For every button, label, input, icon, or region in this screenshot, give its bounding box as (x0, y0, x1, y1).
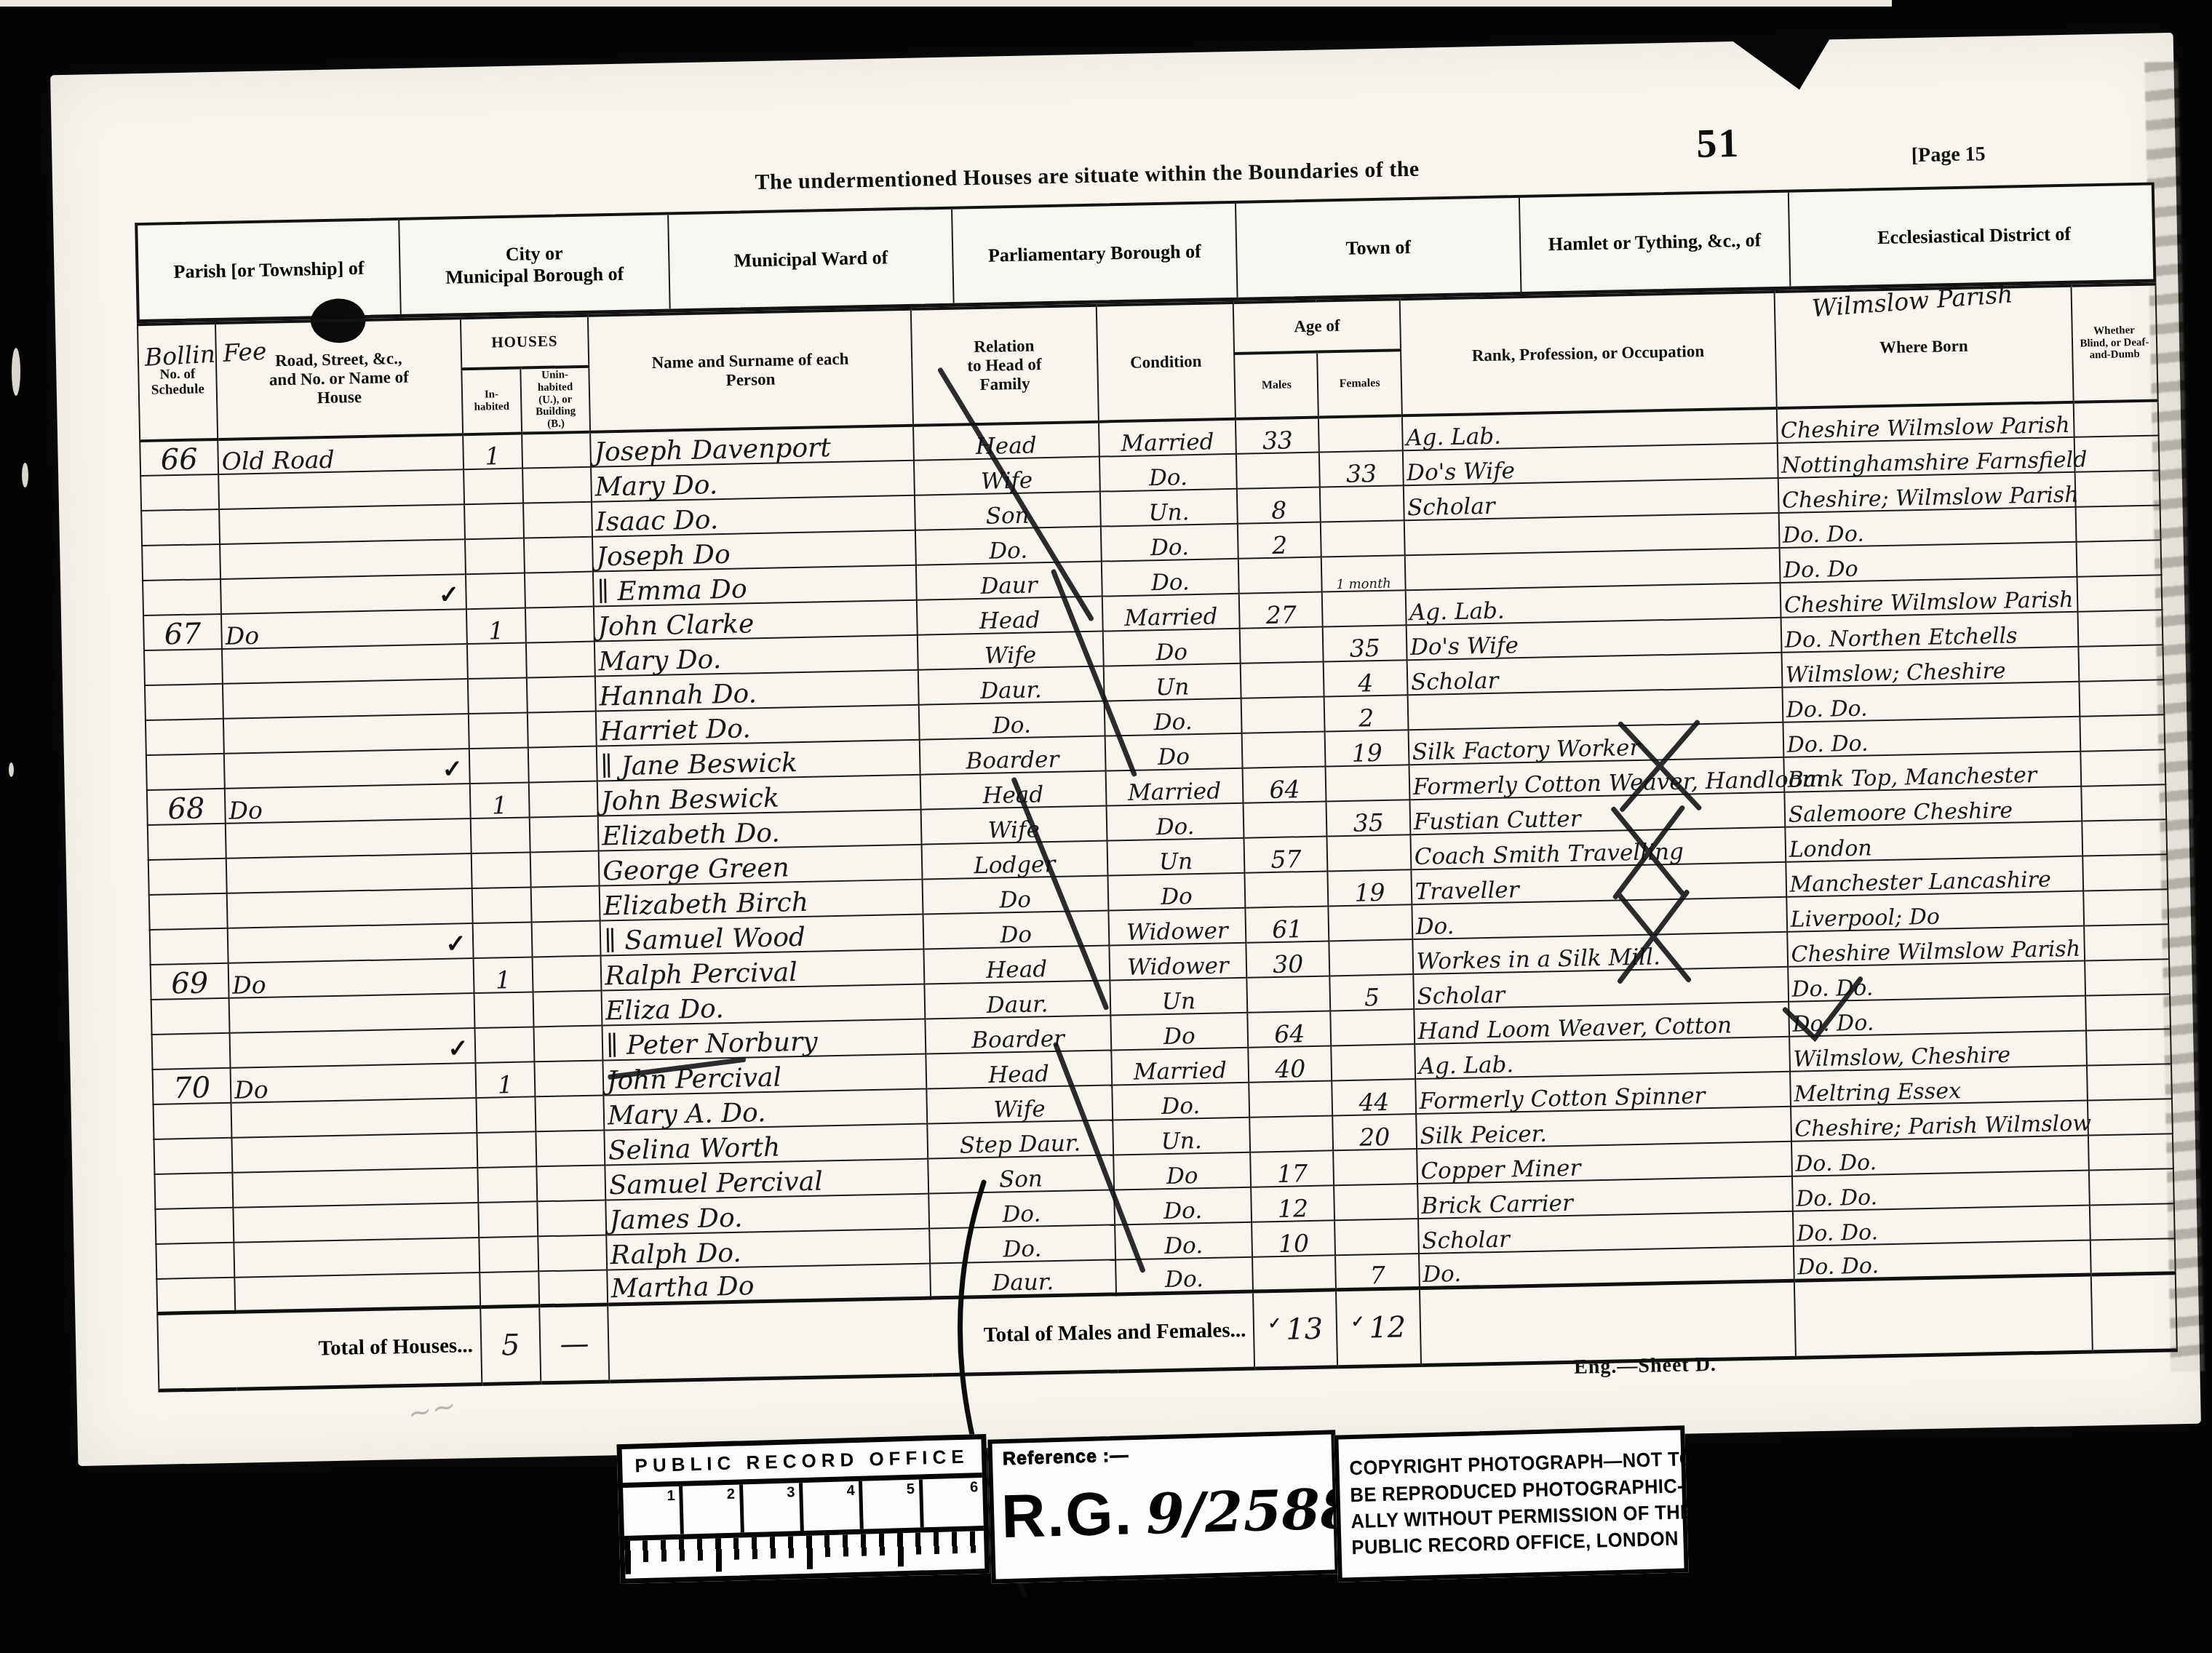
cell-where-born: Salemoore Cheshire (1784, 786, 2082, 827)
reference-prefix: R.G. (1000, 1478, 1134, 1550)
cell-condition: Widower (1108, 908, 1246, 946)
district-ecclesiastical: Ecclesiastical District of Wilmslow Pari… (1789, 185, 2159, 286)
header-relation: Relation to Head of Family (910, 306, 1098, 426)
cell-uninhabited (533, 991, 602, 1027)
cell-inhabited: 1 (469, 782, 530, 818)
cell-blind (2075, 505, 2160, 541)
cell-where-born: Do. Do. (1792, 1171, 2090, 1211)
cell-age-female (1326, 765, 1409, 801)
cell-schedule (143, 579, 221, 616)
cell-uninhabited (522, 432, 591, 469)
cell-condition: Un (1103, 664, 1241, 701)
cell-condition: Do. (1099, 454, 1238, 492)
cell-street (223, 714, 469, 754)
cell-uninhabited (535, 1060, 604, 1096)
cell-relation: Wife (920, 806, 1107, 845)
header-inhabited: In- habited (461, 368, 522, 435)
film-speck (12, 348, 20, 396)
tick-mark: ✓ (447, 1036, 469, 1061)
cell-blind (2082, 854, 2168, 891)
cell-blind (2076, 540, 2161, 576)
cell-schedule (141, 509, 220, 546)
cell-condition: Un. (1099, 489, 1238, 527)
cell-age-male (1242, 731, 1326, 768)
cell-age-male: 64 (1248, 1011, 1332, 1047)
cell-street: ✓ (220, 574, 466, 614)
folio-number: 51 (1696, 120, 1740, 167)
cell-street: ✓ (230, 1028, 475, 1068)
cell-where-born: Bank Top, Manchester (1783, 752, 2081, 792)
cell-age-male: 64 (1243, 766, 1326, 802)
cell-age-male (1249, 1115, 1333, 1152)
header-road: Road, Street, &c., and No. or Name of Ho… (215, 318, 463, 439)
cell-blind (2073, 400, 2158, 437)
cell-uninhabited (529, 781, 598, 818)
cell-relation: Wife (926, 1085, 1113, 1123)
cell-condition: Married (1099, 419, 1237, 457)
cell-age-male (1240, 627, 1324, 664)
cell-relation: Do. (928, 1190, 1115, 1228)
cell-blind (2088, 1099, 2173, 1135)
cell-blind (2084, 924, 2169, 960)
cell-age-female: 44 (1332, 1079, 1416, 1115)
cell-where-born: Do. Do. (1783, 717, 2080, 757)
cell-schedule (146, 719, 224, 755)
cell-schedule (154, 1138, 232, 1174)
cell-age-male (1241, 696, 1325, 733)
cell-blind (2085, 959, 2170, 995)
reference-number: 9/2588 (1145, 1476, 1360, 1547)
cell-condition: Do (1110, 1013, 1249, 1051)
reference-value: R.G. 9/2588 (1000, 1472, 1359, 1553)
cell-inhabited: 1 (463, 434, 523, 470)
cell-age-male (1247, 976, 1331, 1012)
cell-street (234, 1272, 480, 1313)
cell-where-born: Cheshire Wilmslow Parish (1777, 402, 2074, 443)
cell-schedule: 70 (153, 1068, 231, 1104)
cell-condition: Do (1113, 1152, 1252, 1190)
district-city: City or Municipal Borough of (399, 215, 671, 314)
cell-age-male: 30 (1246, 941, 1330, 977)
cell-street (232, 1133, 477, 1173)
cell-condition: Widower (1109, 943, 1247, 981)
cell-relation: Son (915, 492, 1101, 530)
cell-blind (2086, 1029, 2171, 1065)
district-town-label: Town of (1340, 236, 1417, 259)
district-ecclesiastical-label: Ecclesiastical District of (1871, 223, 2077, 249)
header-houses: HOUSES (461, 316, 589, 370)
cell-where-born: Do. Do. (1788, 961, 2085, 1002)
cell-condition: Un (1110, 978, 1248, 1016)
cell-schedule (144, 649, 223, 685)
cell-where-born: Do. Do. (1789, 996, 2086, 1037)
cell-street: ✓ (224, 749, 469, 789)
cell-condition: Married (1105, 768, 1244, 806)
cell-blind (2089, 1203, 2174, 1240)
cell-age-female (1331, 1009, 1415, 1045)
cell-age-female (1318, 415, 1402, 452)
total-uninhabited-value: — (539, 1305, 609, 1383)
cell-street: Do (225, 784, 470, 824)
cell-condition: Un (1107, 838, 1245, 876)
cell-street (227, 888, 472, 928)
cell-street (226, 818, 471, 859)
cell-uninhabited (531, 886, 600, 923)
cell-age-female (1329, 904, 1412, 941)
cell-inhabited (477, 1131, 537, 1168)
cell-age-female (1334, 1149, 1417, 1185)
census-scan-page: { "colors": { "film": "#030303", "paper"… (0, 0, 2212, 1653)
cell-where-born: Do. Do. (1778, 507, 2076, 548)
cell-blind (2087, 1064, 2172, 1100)
cell-age-male: 12 (1251, 1185, 1334, 1222)
cell-age-female: 33 (1319, 450, 1403, 487)
cell-blind (2088, 1134, 2173, 1170)
cell-age-male: 17 (1250, 1150, 1334, 1187)
cell-age-male (1244, 801, 1327, 837)
header-females: Females (1318, 350, 1402, 417)
cell-uninhabited (525, 607, 594, 643)
film-speck (22, 463, 28, 487)
ruler-number: 6 (923, 1478, 984, 1527)
cell-street (231, 1098, 477, 1138)
cell-uninhabited (528, 712, 597, 748)
cell-schedule (154, 1173, 233, 1209)
cell-schedule (150, 928, 228, 965)
district-parish: Parish [or Township] of Bollin Fee (138, 220, 402, 319)
tick-mark: ✓ (1351, 1313, 1365, 1331)
cell-street (222, 644, 467, 684)
cell-uninhabited (538, 1200, 607, 1236)
cell-inhabited (479, 1236, 539, 1272)
cell-inhabited (466, 573, 526, 610)
cell-where-born: Cheshire Wilmslow Parish (1780, 577, 2077, 618)
cell-schedule (142, 544, 220, 581)
pro-reference-stamp: Reference :— R.G. 9/2588 (987, 1430, 1339, 1583)
cell-relation: Lodger (921, 841, 1107, 880)
cell-relation: Do. (918, 701, 1105, 740)
cell-condition: Do. (1104, 698, 1242, 736)
cell-blind (2078, 645, 2163, 681)
cell-schedule: 66 (140, 439, 218, 476)
ruler-number: 5 (862, 1479, 923, 1529)
cell-uninhabited (525, 572, 594, 608)
cell-age-male (1245, 871, 1329, 907)
cell-inhabited: 1 (475, 1061, 536, 1098)
cell-blind (2083, 889, 2168, 925)
cell-where-born: Manchester Lancashire (1786, 856, 2083, 897)
cell-inhabited: 1 (466, 608, 527, 645)
cell-where-born: Nottinghamshire Farnsfield (1777, 437, 2074, 478)
cell-blind (2082, 819, 2167, 856)
cell-schedule (148, 859, 227, 895)
cell-inhabited (480, 1271, 540, 1307)
census-table-body: 66Old Road1Joseph DavenportHeadMarried33… (140, 400, 2176, 1313)
cell-condition: Do. (1112, 1083, 1250, 1120)
cell-where-born: London (1785, 821, 2082, 862)
cell-condition: Un. (1113, 1118, 1251, 1155)
header-blind: Whether Blind, or Deaf- and-Dumb (2071, 284, 2158, 402)
reference-label: Reference :— (1000, 1446, 1132, 1469)
cell-relation: Daur. (930, 1259, 1116, 1298)
cell-inhabited (471, 852, 531, 888)
cell-inhabited (478, 1201, 538, 1238)
cell-condition: Do (1102, 629, 1241, 666)
cell-blind (2089, 1168, 2174, 1205)
cell-street (233, 1203, 478, 1243)
cell-uninhabited (530, 851, 600, 888)
cell-blind (2090, 1238, 2175, 1275)
cell-uninhabited (524, 537, 593, 573)
cell-inhabited (474, 992, 534, 1028)
cell-inhabited (472, 887, 532, 923)
header-occupation: Rank, Profession, or Occupation (1399, 292, 1776, 415)
cell-condition: Do. (1114, 1187, 1252, 1225)
sheet-engraving-note: Eng.—Sheet D. (1574, 1353, 1716, 1379)
cell-blind (2080, 714, 2165, 751)
pro-ruler-stamp: PUBLIC RECORD OFFICE 1 2 3 4 5 6 (616, 1434, 990, 1584)
cell-where-born: Do. Do (1779, 542, 2077, 583)
cell-condition: Do. (1106, 803, 1244, 841)
total-males-value: ✓13 (1253, 1290, 1337, 1369)
paper-fold-corner (1730, 36, 1832, 91)
film-edge-top (0, 0, 1892, 7)
ruler-number: 4 (803, 1481, 864, 1531)
cell-where-born: Do. Do. (1791, 1136, 2089, 1176)
cell-uninhabited (538, 1270, 608, 1306)
page-corner-label: [Page 15 (1911, 143, 1986, 167)
cell-age-male: 40 (1249, 1045, 1332, 1082)
cell-uninhabited (527, 677, 596, 713)
cell-inhabited (467, 677, 528, 714)
cell-age-female (1327, 835, 1411, 871)
tick-mark: ✓ (442, 757, 463, 782)
cell-age-male: 33 (1236, 418, 1319, 454)
header-condition: Condition (1096, 303, 1236, 422)
cell-condition: Do (1107, 873, 1246, 911)
cell-relation: Do (923, 911, 1109, 949)
cell-where-born: Do. Northen Etchells (1781, 612, 2078, 653)
ruler-number: 1 (623, 1486, 684, 1536)
total-houses-label: Total of Houses... (157, 1307, 482, 1391)
cell-condition: Do. (1115, 1222, 1253, 1260)
cell-where-born: Cheshire; Wilmslow Parish (1778, 472, 2075, 513)
cell-age-female (1335, 1219, 1419, 1255)
cell-age-female (1320, 485, 1404, 522)
cell-age-male: 2 (1238, 522, 1321, 559)
header-born: Where Born (1774, 286, 2073, 408)
cell-street (234, 1238, 479, 1278)
header-schedule: No. of Schedule (138, 323, 218, 441)
sheet-title: The undermentioned Houses are situate wi… (469, 151, 1706, 201)
cell-schedule: 67 (143, 614, 222, 650)
cell-relation: Do. (929, 1224, 1115, 1263)
cell-relation: Head (913, 422, 1099, 461)
total-houses-value: 5 (480, 1306, 541, 1385)
header-name: Name and Surname of each Person (588, 309, 913, 432)
cell-uninhabited (536, 1130, 605, 1166)
cell-inhabited (464, 503, 525, 540)
tick-mark: ✓ (438, 582, 459, 608)
cell-age-male: 61 (1246, 906, 1329, 942)
cell-street: Do (221, 609, 466, 649)
cell-inhabited: 1 (473, 957, 533, 993)
cell-relation: Head (926, 1050, 1112, 1088)
cell-schedule (140, 474, 219, 511)
district-parliamentary: Parliamentary Borough of (952, 204, 1238, 303)
cell-schedule (151, 998, 230, 1035)
cell-condition: Do. (1101, 559, 1239, 597)
total-males-females-label: Total of Males and Females... (608, 1292, 1254, 1382)
pro-copyright-stamp: COPYRIGHT PHOTOGRAPH—NOT TO BE REPRODUCE… (1334, 1425, 1688, 1582)
cell-relation: Do (922, 876, 1108, 915)
cell-schedule: 68 (147, 789, 226, 825)
cell-age-female: 35 (1323, 625, 1407, 661)
header-males: Males (1234, 352, 1318, 419)
cell-inhabited (465, 538, 525, 575)
cell-blind (2085, 994, 2171, 1030)
cell-blind (2074, 470, 2160, 506)
cell-street: Do (228, 958, 474, 998)
cell-uninhabited (532, 921, 601, 957)
cell-relation: Boarder (925, 1015, 1111, 1053)
cell-relation: Head (920, 771, 1106, 810)
cell-schedule (155, 1208, 234, 1244)
cell-schedule (156, 1243, 234, 1279)
cell-where-born: Wilmslow, Cheshire (1789, 1031, 2087, 1072)
cell-inhabited (464, 469, 524, 505)
cell-uninhabited (528, 746, 597, 783)
district-ward: Municipal Ward of (669, 210, 955, 309)
cell-condition: Do. (1115, 1257, 1254, 1295)
district-city-label: City or Municipal Borough of (439, 241, 629, 288)
cell-condition: Married (1102, 594, 1240, 632)
tick-mark: ✓ (445, 931, 466, 957)
cell-relation: Head (923, 946, 1110, 984)
cell-age-male: 10 (1252, 1220, 1335, 1256)
cell-blind (2077, 610, 2163, 646)
cell-relation: Son (928, 1155, 1114, 1193)
cell-uninhabited (538, 1235, 607, 1271)
cell-age-female (1322, 590, 1406, 626)
cell-inhabited (470, 817, 530, 853)
cell-age-female: 20 (1333, 1114, 1417, 1150)
cell-age-male: 27 (1239, 592, 1323, 629)
district-town: Town of (1236, 198, 1522, 298)
cell-street: ✓ (228, 923, 473, 963)
cell-blind (2077, 575, 2162, 611)
cell-uninhabited (522, 467, 592, 503)
ruler-inch-scale: 1 2 3 4 5 6 (623, 1478, 984, 1541)
cell-age-male (1241, 661, 1324, 698)
cell-age-female: 5 (1330, 974, 1414, 1011)
cell-street (229, 993, 474, 1033)
cell-age-male: 57 (1244, 836, 1328, 872)
cell-blind (2080, 749, 2165, 786)
cell-where-born: Do. Do. (1794, 1240, 2091, 1281)
cell-schedule (148, 824, 226, 860)
cell-relation: Do. (915, 527, 1102, 565)
cell-relation: Boarder (919, 736, 1105, 775)
ruler-number: 3 (743, 1483, 804, 1532)
cell-where-born: Liverpool; Do (1786, 891, 2084, 932)
cell-blind (2081, 784, 2166, 821)
header-age: Age of (1233, 299, 1401, 354)
cell-inhabited (477, 1166, 538, 1203)
cell-schedule (145, 684, 223, 720)
cell-age-male (1249, 1080, 1332, 1117)
cell-uninhabited (533, 956, 602, 992)
cell-inhabited (469, 747, 529, 784)
ruler-cm-scale (624, 1531, 985, 1589)
cell-schedule (152, 1033, 231, 1070)
cell-age-male (1238, 557, 1322, 594)
cell-uninhabited (536, 1095, 605, 1131)
ruler-number: 2 (683, 1484, 744, 1534)
cell-uninhabited (526, 642, 595, 678)
census-sheet: The undermentioned Houses are situate wi… (50, 33, 2201, 1466)
cell-inhabited (472, 922, 533, 958)
cell-schedule (146, 754, 225, 790)
district-parliamentary-label: Parliamentary Borough of (982, 240, 1207, 266)
cell-age-female: 1 month (1321, 555, 1405, 592)
cell-inhabited (468, 712, 528, 749)
cell-where-born: Cheshire; Parish Wilmslow (1791, 1101, 2088, 1142)
cell-age-female (1334, 1184, 1418, 1220)
cell-schedule (156, 1278, 235, 1314)
cell-condition: Married (1111, 1048, 1249, 1086)
cell-uninhabited (537, 1165, 606, 1201)
cell-condition: Do. (1100, 524, 1238, 562)
cell-street: Old Road (218, 434, 463, 474)
cell-schedule (149, 893, 228, 930)
cell-age-female: 35 (1326, 800, 1410, 836)
cell-age-female: 19 (1325, 730, 1409, 766)
cell-age-female: 7 (1335, 1254, 1419, 1290)
cell-uninhabited (534, 1026, 603, 1062)
cell-uninhabited (530, 816, 599, 853)
cell-inhabited (467, 642, 528, 679)
cell-street (226, 853, 472, 893)
cell-age-female: 19 (1328, 869, 1412, 906)
cell-age-female (1321, 520, 1404, 557)
cell-street (218, 469, 464, 509)
cell-relation: Wife (917, 632, 1103, 670)
district-hamlet-label: Hamlet or Tything, &c., of (1543, 229, 1767, 255)
cell-relation: Wife (914, 457, 1100, 495)
district-parish-label: Parish [or Township] of (167, 257, 370, 282)
cell-where-born: Do. Do. (1782, 682, 2080, 722)
cell-uninhabited (523, 502, 592, 538)
cell-inhabited (476, 1096, 536, 1133)
cell-where-born: Cheshire Wilmslow Parish (1787, 926, 2085, 967)
film-speck (9, 762, 14, 777)
cell-age-female: 4 (1324, 660, 1407, 696)
cell-street: Do (231, 1063, 476, 1103)
cell-relation: Daur. (924, 980, 1110, 1019)
district-ward-label: Municipal Ward of (728, 247, 894, 271)
cell-age-male (1252, 1255, 1336, 1291)
cell-street (223, 679, 468, 719)
cell-inhabited (474, 1027, 535, 1063)
cell-age-male: 8 (1237, 487, 1321, 524)
cell-where-born: Meltring Essex (1790, 1066, 2088, 1107)
cell-street (220, 539, 465, 579)
cell-relation: Daur. (918, 666, 1104, 705)
cell-relation: Step Daur. (927, 1120, 1113, 1158)
cell-relation: Head (916, 597, 1102, 635)
cell-street (233, 1168, 478, 1208)
